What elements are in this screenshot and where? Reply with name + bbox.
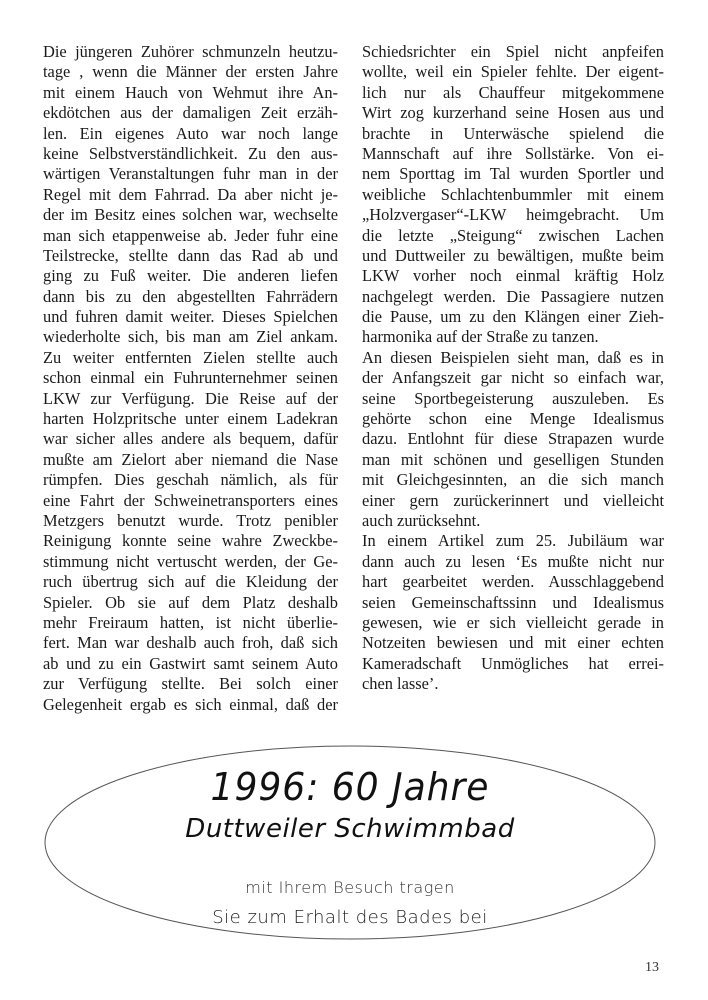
text-line: zur Verfügung stellte. Bei solch einer: [43, 674, 338, 694]
text-line: Gelegenheit ergab es sich einmal, daß de…: [43, 695, 338, 715]
text-line: In einem Artikel zum 25. Jubiläum war: [362, 531, 664, 551]
text-line: und Duttweiler zu bewältigen, mußte beim: [362, 246, 664, 266]
text-line: seien Gemeinschaftssinn und Idealismus: [362, 593, 664, 613]
text-line: tage , wenn die Männer der ersten Jahre: [43, 62, 338, 82]
text-line: mehr Freiraum hatten, ist nicht überlie-: [43, 613, 338, 633]
article-column-right: Schiedsrichter ein Spiel nicht anpfeifen…: [362, 42, 664, 695]
text-line: seine Sportbegeisterung auszuleben. Es: [362, 389, 664, 409]
text-line: Spieler. Ob sie auf dem Platz deshalb: [43, 593, 338, 613]
ad-message-line-2: Sie zum Erhalt des Bades bei: [44, 907, 656, 928]
text-line: Regel mit dem Fahrrad. Da aber nicht je-: [43, 185, 338, 205]
article-column-left: Die jüngeren Zuhörer schmunzeln heutzu-t…: [43, 42, 338, 715]
text-line: „Holzvergaser“-LKW heimgebracht. Um: [362, 205, 664, 225]
text-line: dann bis zu den abgestellten Fahrrädern: [43, 287, 338, 307]
text-line: chen lasse’.: [362, 674, 664, 694]
text-line: Die jüngeren Zuhörer schmunzeln heutzu-: [43, 42, 338, 62]
text-line: der Anfangszeit gar nicht so einfach war…: [362, 368, 664, 388]
text-line: ab und zu ein Gastwirt samt seinem Auto: [43, 654, 338, 674]
text-line: eine Fahrt der Schweinetransporters eine…: [43, 491, 338, 511]
text-line: weibliche Schlachtenbummler mit einem: [362, 185, 664, 205]
text-line: die letzte „Steigung“ zwischen Lachen: [362, 226, 664, 246]
text-line: ging zu Fuß weiter. Die anderen liefen: [43, 266, 338, 286]
text-line: gehörte schon eine Menge Idealismus: [362, 409, 664, 429]
text-line: gewesen, wie er sich vielleicht gerade i…: [362, 613, 664, 633]
text-line: rümpfen. Dies geschah nämlich, als für: [43, 470, 338, 490]
text-line: wollte, weil ein Spieler fehlte. Der eig…: [362, 62, 664, 82]
text-line: Kameradschaft Unmögliches hat errei-: [362, 654, 664, 674]
text-line: schon einmal ein Fuhrunternehmer seinen: [43, 368, 338, 388]
text-line: Mannschaft auf ihre Sollstärke. Von ei-: [362, 144, 664, 164]
text-line: Zu weiter entfernten Zielen stellte auch: [43, 348, 338, 368]
advertisement-ellipse: 1996: 60 Jahre Duttweiler Schwimmbad mit…: [44, 745, 656, 940]
text-line: mit Gleichgesinnten, an die sich manch: [362, 470, 664, 490]
text-line: der im Besitz eines solchen war, wechsel…: [43, 205, 338, 225]
text-line: brachte in Unterwäsche spielend die: [362, 124, 664, 144]
ad-title: 1996: 60 Jahre: [59, 765, 640, 809]
page-number: 13: [645, 960, 659, 976]
text-line: nem Sporttag im Tal wurden Sportler und: [362, 164, 664, 184]
text-line: ruch übertrug sich auf die Kleidung der: [43, 572, 338, 592]
text-line: Wirt zog kurzerhand seine Hosen aus und: [362, 103, 664, 123]
text-line: Schiedsrichter ein Spiel nicht anpfeifen: [362, 42, 664, 62]
ad-message-line-1: mit Ihrem Besuch tragen: [44, 878, 656, 897]
text-line: harmonika auf der Straße zu tanzen.: [362, 327, 664, 347]
text-line: LKW vorher noch einmal kräftig Holz: [362, 266, 664, 286]
text-line: mußte am Zielort aber niemand die Nase: [43, 450, 338, 470]
text-line: und fuhren damit weiter. Dieses Spielche…: [43, 307, 338, 327]
text-line: dazu. Entlohnt für diese Strapazen wurde: [362, 429, 664, 449]
text-line: lich nur als Chauffeur mitgekommene: [362, 83, 664, 103]
text-line: wiederholte sich, bis man am Ziel ankam.: [43, 327, 338, 347]
text-line: dann auch zu lesen ‘Es mußte nicht nur: [362, 552, 664, 572]
text-line: ekdötchen aus der damaligen Zeit erzäh-: [43, 103, 338, 123]
text-line: war sicher alles andere als bequem, dafü…: [43, 429, 338, 449]
text-line: man sich etappenweise ab. Jeder fuhr ein…: [43, 226, 338, 246]
text-line: Teilstrecke, stellte dann das Rad ab und: [43, 246, 338, 266]
text-line: man mit schönen und geselligen Stunden: [362, 450, 664, 470]
text-line: wärtigen Veranstaltungen fuhr man in der: [43, 164, 338, 184]
text-line: stimmung nicht vertuscht werden, der Ge-: [43, 552, 338, 572]
ad-subtitle: Duttweiler Schwimmbad: [44, 814, 656, 844]
text-line: fert. Man war deshalb auch froh, daß sic…: [43, 633, 338, 653]
text-line: die Pause, um zu den Klängen einer Zieh-: [362, 307, 664, 327]
text-line: harten Holzpritsche unter einem Ladekran: [43, 409, 338, 429]
text-line: einer gern zurückerinnert und vielleicht: [362, 491, 664, 511]
text-line: Notzeiten bewiesen und mit einer echten: [362, 633, 664, 653]
text-line: Metzgers benutzt wurde. Trotz penibler: [43, 511, 338, 531]
text-line: An diesen Beispielen sieht man, daß es i…: [362, 348, 664, 368]
text-line: mit einem Hauch von Wehmut ihre An-: [43, 83, 338, 103]
text-line: auch zurücksehnt.: [362, 511, 664, 531]
text-line: nachgelegt werden. Die Passagiere nutzen: [362, 287, 664, 307]
text-line: hart gearbeitet werden. Ausschlaggebend: [362, 572, 664, 592]
text-line: len. Ein eigenes Auto war noch lange: [43, 124, 338, 144]
text-line: Reinigung konnte seine wahre Zweckbe-: [43, 531, 338, 551]
text-line: LKW zur Verfügung. Die Reise auf der: [43, 389, 338, 409]
text-line: keine Selbstverständlichkeit. Zu den aus…: [43, 144, 338, 164]
